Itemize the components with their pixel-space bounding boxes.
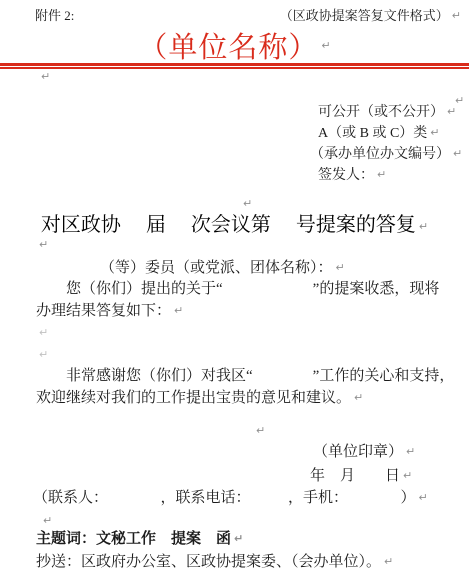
body-block: （等）委员（或党派、团体名称）：↵ 您（你们）提出的关于“ ”的提案收悉，现将 … — [36, 257, 469, 409]
document-page: 附件 2: （区政协提案答复文件格式）↵ （单位名称）↵ ↵ ↵ 可公开（或不公… — [0, 0, 469, 584]
attachment-label: 附件 2: — [35, 5, 74, 24]
contact-text: （联系人： ，联系电话： ，手机： ） — [33, 490, 416, 506]
paragraph-mark-icon: ↵ — [377, 168, 386, 181]
thanks-line-2: 欢迎继续对我们的工作提出宝贵的意见和建议。↵ — [36, 387, 469, 409]
salutation-text: （等）委员（或党派、团体名称）： — [100, 260, 333, 276]
empty-paragraph: ↵ — [36, 344, 469, 366]
paragraph-mark-icon: ↵ — [430, 126, 439, 139]
paragraph-mark-icon: ↵ — [256, 424, 265, 437]
cc-text: 抄送：区政府办公室、区政协提案委、（会办单位）。 — [36, 554, 381, 570]
classification-text: A（或 B 或 C）类 — [318, 126, 427, 141]
reply-title: 对区政协 届 次会议第 号提案的答复↵ — [0, 208, 469, 237]
thanks-line-1: 非常感谢您（你们）对我区“ ”工作的关心和支持， — [36, 366, 469, 387]
proposal-receipt-line-2: 办理结果答复如下：↵ — [36, 300, 469, 322]
seal-text: （单位印章） — [313, 444, 403, 460]
classification-text: 签发人： — [318, 168, 374, 183]
paragraph-mark-icon: ↵ — [419, 220, 428, 233]
contact-line: （联系人： ，联系电话： ，手机： ）↵ — [33, 486, 428, 507]
proposal-receipt-text: 办理结果答复如下： — [36, 303, 171, 319]
seal-placeholder: （单位印章）↵ — [313, 440, 415, 461]
empty-paragraph: ↵ — [36, 322, 469, 344]
date-line: 年 月 日↵ — [310, 464, 412, 485]
date-text: 年 月 日 — [310, 468, 400, 484]
paragraph-mark-icon: ↵ — [174, 304, 183, 317]
classification-line-issuer: 签发人：↵ — [310, 165, 462, 186]
classification-line-docnumber: （承办单位办文编号）↵ — [310, 144, 462, 165]
thanks-text: 欢迎继续对我们的工作提出宝贵的意见和建议。 — [36, 390, 351, 406]
cc-line: 抄送：区政府办公室、区政协提案委、（会办单位）。↵ — [36, 550, 393, 571]
paragraph-mark-icon: ↵ — [452, 9, 461, 22]
red-divider — [0, 63, 469, 69]
unit-name-heading: （单位名称）↵ — [0, 25, 469, 66]
classification-text: （承办单位办文编号） — [310, 147, 450, 162]
paragraph-mark-icon: ↵ — [43, 514, 52, 527]
subject-keywords-text: 主题词：文秘工作 提案 函 — [36, 531, 231, 547]
thanks-text: 非常感谢您（你们）对我区“ ”工作的关心和支持， — [66, 368, 454, 384]
paragraph-mark-icon: ↵ — [234, 532, 243, 545]
proposal-receipt-line-1: 您（你们）提出的关于“ ”的提案收悉，现将 — [36, 279, 469, 300]
reply-title-text: 对区政协 届 次会议第 号提案的答复 — [41, 214, 416, 236]
paragraph-mark-icon: ↵ — [354, 391, 363, 404]
paragraph-mark-icon: ↵ — [39, 326, 48, 339]
subject-keywords-line: 主题词：文秘工作 提案 函↵ — [36, 527, 243, 548]
unit-name-text: （单位名称） — [138, 32, 318, 64]
format-note: （区政协提案答复文件格式）↵ — [280, 5, 461, 24]
paragraph-mark-icon: ↵ — [41, 70, 50, 83]
paragraph-mark-icon: ↵ — [384, 555, 393, 568]
classification-line-publicity: 可公开（或不公开）↵ — [310, 102, 462, 123]
paragraph-mark-icon: ↵ — [453, 147, 462, 160]
paragraph-mark-icon: ↵ — [419, 491, 428, 504]
classification-block: 可公开（或不公开）↵ A（或 B 或 C）类↵ （承办单位办文编号）↵ 签发人：… — [310, 102, 462, 186]
paragraph-mark-icon: ↵ — [39, 348, 48, 361]
paragraph-mark-icon: ↵ — [406, 445, 415, 458]
paragraph-mark-icon: ↵ — [336, 261, 345, 274]
classification-line-category: A（或 B 或 C）类↵ — [310, 123, 462, 144]
paragraph-mark-icon: ↵ — [447, 105, 456, 118]
paragraph-mark-icon: ↵ — [321, 39, 330, 52]
paragraph-mark-icon: ↵ — [403, 469, 412, 482]
format-note-text: （区政协提案答复文件格式） — [280, 8, 449, 23]
salutation-line: （等）委员（或党派、团体名称）：↵ — [36, 257, 469, 279]
proposal-receipt-text: 您（你们）提出的关于“ ”的提案收悉，现将 — [66, 281, 439, 297]
classification-text: 可公开（或不公开） — [318, 105, 444, 120]
paragraph-mark-icon: ↵ — [39, 238, 48, 251]
